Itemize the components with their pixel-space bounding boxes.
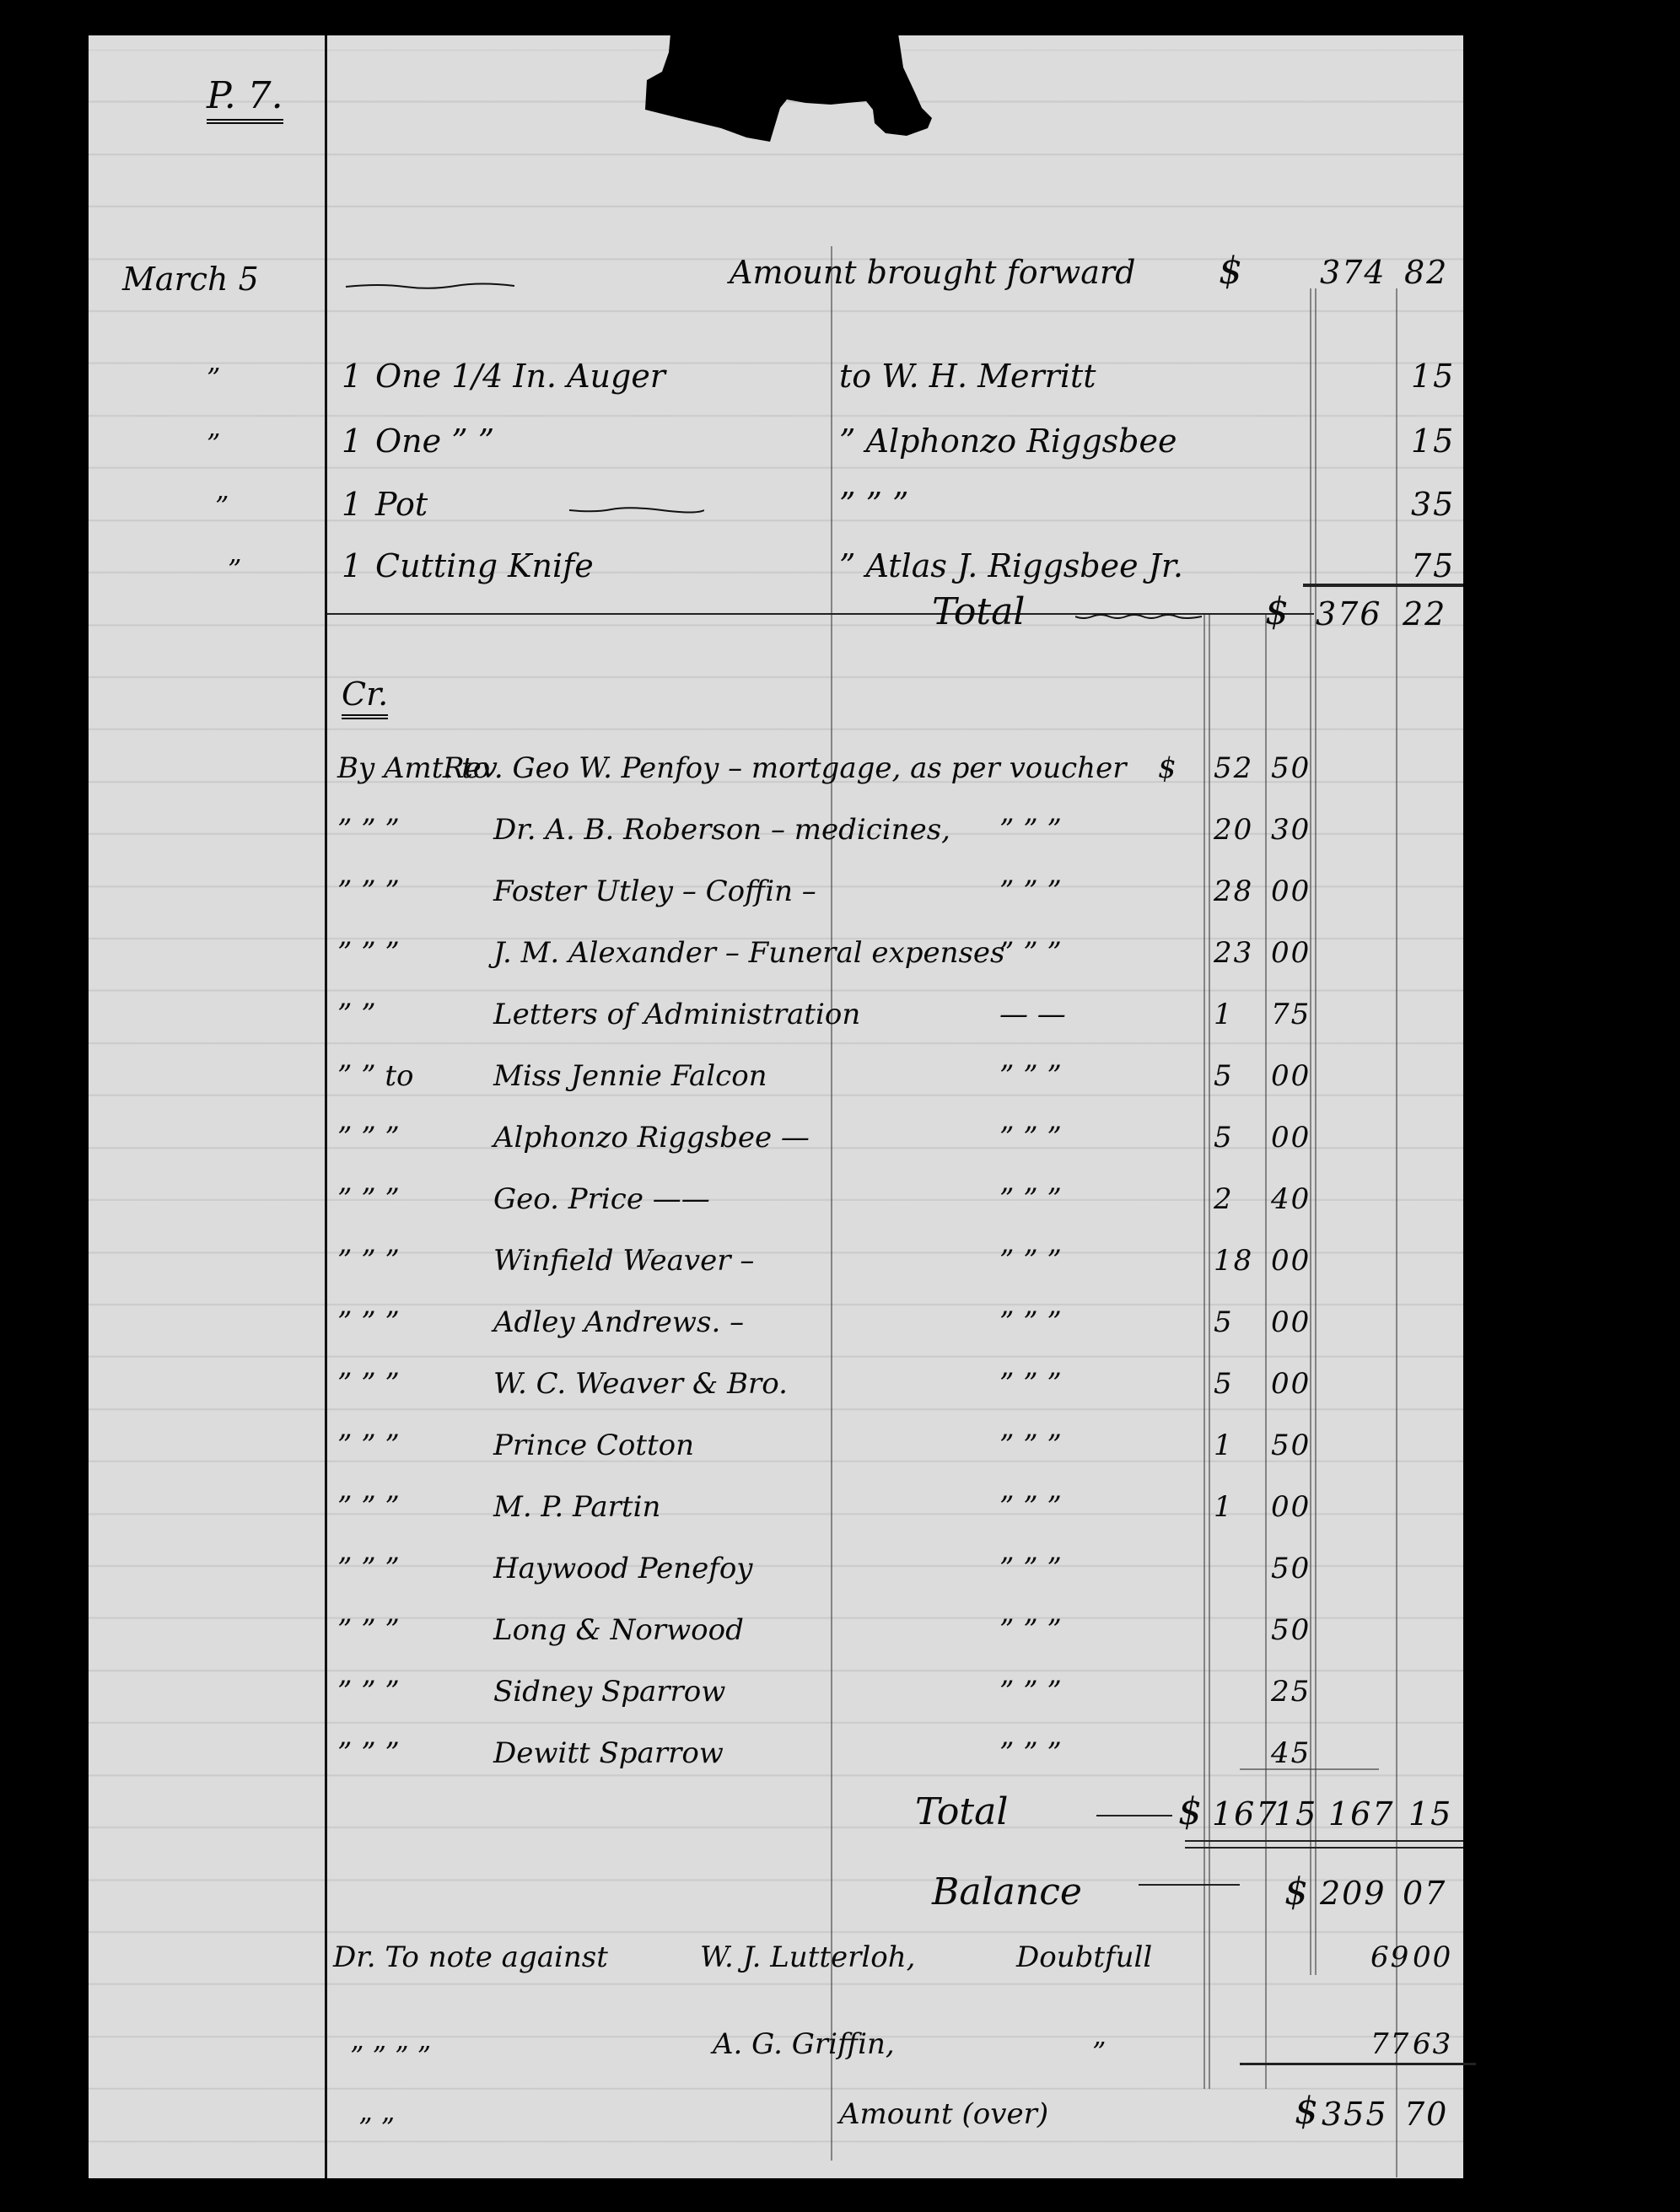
balance-label: Balance [932, 1874, 1082, 1911]
item-name: One 1/4 In. Auger [375, 360, 665, 392]
debit-total-cents: 22 [1403, 598, 1446, 630]
entry-ditto: ” ” ” [999, 1554, 1062, 1583]
entry-prefix: ” ” ” [337, 1185, 400, 1214]
note-dollars: 77 [1370, 2030, 1410, 2059]
entry-cents: 00 [1271, 1493, 1311, 1521]
opening-dollar-sign: $ [1219, 253, 1242, 290]
entry-cents: 50 [1271, 1554, 1311, 1583]
item-cents: 35 [1411, 488, 1455, 520]
entry-prefix: ” ” ” [337, 1123, 400, 1152]
entry-ditto: ” ” ” [999, 1123, 1062, 1152]
item-cents: 15 [1411, 360, 1455, 392]
note-name: A. G. Griffin, [713, 2030, 895, 2059]
entry-cents: 40 [1271, 1185, 1311, 1214]
entry-payee: Geo. Price —— [493, 1185, 710, 1214]
item-date: ” [215, 492, 229, 519]
item-name: One ” ” [375, 425, 494, 457]
credit-total-label: Total [915, 1794, 1008, 1831]
entry-cents: 00 [1271, 877, 1311, 906]
filler-line [1139, 1884, 1240, 1886]
entry-cents: 50 [1271, 1616, 1311, 1644]
carry-cents: 70 [1404, 2098, 1448, 2130]
entry-payee: M. P. Partin [493, 1493, 660, 1521]
filler-line-icon [1075, 612, 1202, 621]
credit-subtotal-rule [1240, 1768, 1379, 1770]
entry-dollars: 1 [1214, 1000, 1234, 1029]
entry-ditto: ” ” ” [999, 1677, 1062, 1706]
entry-cents: 50 [1271, 754, 1311, 783]
entry-prefix: ” ” ” [337, 1308, 400, 1337]
item-qty: 1 [342, 550, 362, 582]
opening-date: March 5 [122, 263, 259, 295]
notes-sum-rule [1240, 2063, 1476, 2065]
entry-prefix: ” ” ” [337, 1493, 400, 1521]
opening-cents: 82 [1404, 256, 1448, 288]
entry-dollars: 5 [1214, 1370, 1234, 1398]
entry-dollars: 23 [1214, 939, 1253, 967]
credit-heading-text: Cr. [342, 675, 388, 719]
item-to: ” Alphonzo Riggsbee [839, 425, 1177, 457]
cents-rule [1396, 288, 1397, 2177]
entry-ditto: ” ” ” [999, 1370, 1062, 1398]
balance-dollars: 209 [1320, 1877, 1387, 1909]
entry-payee: Long & Norwood [493, 1616, 744, 1644]
entry-dollars: 18 [1214, 1246, 1253, 1275]
credit-total-inner-dollars: 167 [1212, 1798, 1279, 1830]
torn-edge [645, 34, 983, 143]
filler-line [1096, 1815, 1172, 1816]
entry-cents: 25 [1271, 1677, 1311, 1706]
entry-payee: Alphonzo Riggsbee — [493, 1123, 810, 1152]
item-cents: 75 [1411, 550, 1455, 582]
debit-total-label: Total [932, 594, 1025, 631]
note-cents: 63 [1413, 2030, 1452, 2059]
entry-ditto: ” ” ” [999, 1431, 1062, 1460]
debit-total-dollars: 376 [1316, 598, 1382, 630]
item-qty: 1 [342, 425, 362, 457]
subtotal-rule [1303, 584, 1463, 587]
entry-cents: 00 [1271, 1370, 1311, 1398]
entry-cents: 00 [1271, 1062, 1311, 1090]
entry-prefix: ” ” ” [337, 1554, 400, 1583]
item-date: ” [228, 556, 241, 583]
note-prefix: ” ” ” ” [350, 2042, 431, 2069]
entry-payee: Adley Andrews. – [493, 1308, 744, 1337]
total-double-rule-a [1185, 1840, 1463, 1842]
carry-dollar-sign: $ [1295, 2093, 1318, 2130]
margin-rule [325, 35, 327, 2178]
entry-dollars: 5 [1214, 1123, 1234, 1152]
entry-payee: Sidney Sparrow [493, 1677, 725, 1706]
middle-rule [831, 246, 832, 2161]
filler-line-icon [569, 506, 704, 514]
entry-cents: 75 [1271, 1000, 1311, 1029]
credit-total-inner-cents: 15 [1273, 1798, 1317, 1830]
credit-total-outer-cents: 15 [1408, 1798, 1452, 1830]
note-cents: 00 [1413, 1943, 1452, 1972]
entry-dollars: 1 [1214, 1493, 1234, 1521]
entry-payee: Prince Cotton [493, 1431, 694, 1460]
note-remark: Doubtfull [1016, 1943, 1152, 1972]
debit-total-dollar-sign: $ [1265, 594, 1289, 631]
entry-prefix: ” ” ” [337, 815, 400, 844]
entry-cents: 00 [1271, 1246, 1311, 1275]
entry-cents: 00 [1271, 1308, 1311, 1337]
inner-dollars-rule-b [1209, 613, 1210, 2089]
entry-payee: W. C. Weaver & Bro. [493, 1370, 788, 1398]
entry-prefix: ” ” ” [337, 1246, 400, 1275]
entry-ditto: ” ” ” [999, 1493, 1062, 1521]
entry-dollar-sign: $ [1158, 754, 1178, 783]
entry-dollars: 52 [1214, 754, 1253, 783]
entry-dollars: 2 [1214, 1185, 1234, 1214]
dollars-rule-b [1315, 288, 1317, 1975]
entry-prefix: ” ” [337, 1000, 376, 1029]
inner-cents-rule [1265, 613, 1267, 2089]
entry-payee: Dr. A. B. Roberson – medicines, [493, 815, 950, 844]
item-to: ” Atlas J. Riggsbee Jr. [839, 550, 1183, 582]
item-name: Cutting Knife [375, 550, 594, 582]
entry-payee: Haywood Penefoy [493, 1554, 753, 1583]
note-name: W. J. Lutterloh, [700, 1943, 915, 1972]
note-dollars: 69 [1370, 1943, 1410, 1972]
item-qty: 1 [342, 488, 362, 520]
item-cents: 15 [1411, 425, 1455, 457]
ledger-page: P. 7. March 5 Amount brought forward $ 3… [89, 35, 1463, 2178]
entry-prefix: ” ” ” [337, 877, 400, 906]
entry-ditto: ” ” ” [999, 939, 1062, 967]
balance-dollar-sign: $ [1284, 1874, 1308, 1911]
balance-cents: 07 [1403, 1877, 1446, 1909]
entry-prefix: ” ” to [337, 1062, 414, 1090]
item-to: to W. H. Merritt [839, 360, 1096, 392]
inner-dollars-rule-a [1203, 613, 1205, 2089]
entry-payee: Letters of Administration [493, 1000, 860, 1029]
page-label-text: P. 7. [207, 74, 283, 124]
note-remark: ” [1092, 2038, 1106, 2065]
entry-dollars: 1 [1214, 1431, 1234, 1460]
entry-ditto: ” ” ” [999, 815, 1062, 844]
entry-prefix: ” ” ” [337, 939, 400, 967]
carry-prefix: ” ” [358, 2114, 395, 2141]
entry-prefix: ” ” ” [337, 1370, 400, 1398]
entry-dollars: 28 [1214, 877, 1253, 906]
entry-cents: 00 [1271, 939, 1311, 967]
opening-description: Amount brought forward [730, 256, 1135, 288]
filler-line-icon [346, 282, 514, 290]
entry-cents: 50 [1271, 1431, 1311, 1460]
entry-payee: Rev. Geo W. Penfoy – mortgage, as per vo… [443, 754, 1126, 783]
entry-prefix: ” ” ” [337, 1616, 400, 1644]
item-name: Pot [375, 488, 428, 520]
entry-cents: 45 [1271, 1739, 1311, 1768]
entry-dollars: 5 [1214, 1308, 1234, 1337]
entry-ditto: ” ” ” [999, 1062, 1062, 1090]
entry-payee: Foster Utley – Coffin – [493, 877, 816, 906]
entry-ditto: ” ” ” [999, 1739, 1062, 1768]
opening-dollars: 374 [1320, 256, 1387, 288]
entry-cents: 30 [1271, 815, 1311, 844]
credit-total-dollar-sign: $ [1178, 1794, 1202, 1831]
carry-dollars: 355 [1322, 2098, 1388, 2130]
total-double-rule-b [1185, 1847, 1463, 1849]
entry-ditto: ” ” ” [999, 1185, 1062, 1214]
credit-total-outer-dollars: 167 [1328, 1798, 1395, 1830]
entry-prefix: ” ” ” [337, 1739, 400, 1768]
item-to: ” ” ” [839, 488, 908, 520]
entry-payee: Miss Jennie Falcon [493, 1062, 767, 1090]
entry-ditto: ” ” ” [999, 1308, 1062, 1337]
entry-payee: J. M. Alexander – Funeral expenses [493, 939, 1005, 967]
entry-ditto: ” ” ” [999, 1246, 1062, 1275]
page-label: P. 7. [207, 78, 283, 115]
item-qty: 1 [342, 360, 362, 392]
entry-prefix: ” ” ” [337, 1431, 400, 1460]
entry-dollars: 5 [1214, 1062, 1234, 1090]
entry-payee: Winfield Weaver – [493, 1246, 754, 1275]
entry-ditto: — — [999, 1000, 1066, 1029]
entry-dollars: 20 [1214, 815, 1253, 844]
bleed-through-mark [170, 2092, 186, 2132]
entry-prefix: ” ” ” [337, 1677, 400, 1706]
note-prefix: Dr. To note against [333, 1943, 608, 1972]
entry-cents: 00 [1271, 1123, 1311, 1152]
entry-ditto: ” ” ” [999, 1616, 1062, 1644]
item-date: ” [207, 364, 220, 391]
carry-label: Amount (over) [839, 2100, 1048, 2129]
entry-payee: Dewitt Sparrow [493, 1739, 724, 1768]
item-date: ” [207, 430, 220, 457]
entry-ditto: ” ” ” [999, 877, 1062, 906]
credit-heading: Cr. [342, 678, 388, 710]
